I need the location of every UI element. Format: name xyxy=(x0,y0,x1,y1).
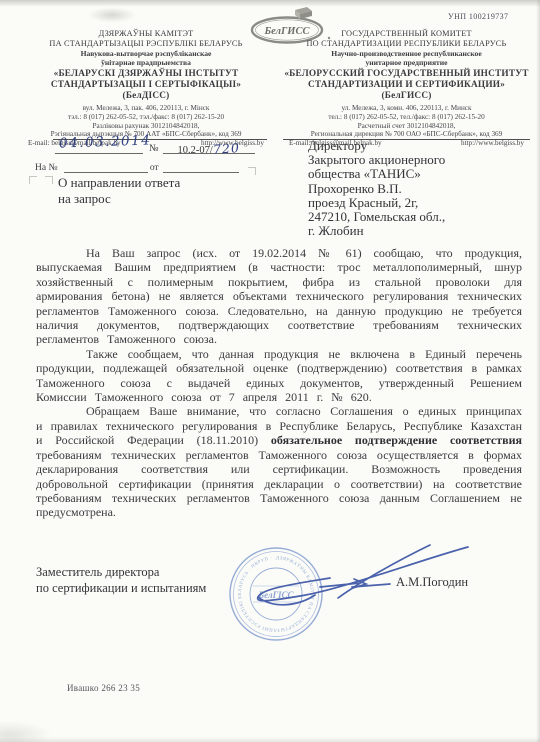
header-account: Расчетный счет 3012104842018, xyxy=(283,122,530,131)
header-right: ГОСУДАРСТВЕННЫЙ КОМИТЕТ ПО СТАНДАРТИЗАЦИ… xyxy=(283,29,530,148)
paragraph-bold-text: обязательное подтверждение соответствия xyxy=(271,433,522,447)
ref-incoming-row: На № от xyxy=(35,160,265,173)
header-line: ПА СТАНДАРТЫЗАЦЫІ РЭСПУБЛІКІ БЕЛАРУСЬ xyxy=(22,39,270,49)
signer-title: Заместитель директора по сертификации и … xyxy=(36,564,206,596)
header-line: ДЗЯРЖАЎНЫ КАМІТЭТ xyxy=(22,29,270,39)
incoming-number-slot xyxy=(64,160,148,173)
incoming-date-slot xyxy=(163,160,239,173)
na-no-label: На № xyxy=(35,163,58,173)
paragraph-text: требованиям технических регламентов Тамо… xyxy=(36,448,522,520)
addressee-line: 247210, Гомельская обл., xyxy=(308,210,445,224)
org-name: «БЕЛОРУССКИЙ ГОСУДАРСТВЕННЫЙ ИНСТИТУТ xyxy=(283,69,530,80)
header-line: Навукова-вытворчае рэспубліканскае xyxy=(22,49,270,58)
ref-date-row: 04.03.2014 №10.2-07/720 xyxy=(35,141,265,154)
corner-mark xyxy=(45,176,53,184)
addressee-line: Директору xyxy=(308,139,445,153)
website-text: http://www.belgiss.by xyxy=(461,139,524,148)
addressee-line: Закрытого акционерного xyxy=(308,153,445,167)
addressee-line: общества «ТАНИС» xyxy=(308,167,445,181)
body-paragraph-1: На Ваш запрос (исх. от 19.02.2014 № 61) … xyxy=(36,246,522,347)
header-address: ул. Мележа, 3, комн. 406, 220113, г. Мин… xyxy=(283,104,530,113)
scanned-letter-page: УНП 100219737 БелГИСС ДЗЯРЖАЎНЫ КАМІТЭТ … xyxy=(0,0,540,742)
header-phone: тэл.: 8 (017) 262-05-52, тэл./факс: 8 (0… xyxy=(22,113,270,122)
org-abbr: (БелГИСС) xyxy=(283,91,530,102)
org-name: СТАНДАРТЫЗАЦЫІ І СЕРТЫФІКАЦЫІ» xyxy=(22,80,270,91)
stamp-and-signature: ДЗЯРЖАЎНЫ КАМІТЭТ ПА СТАНДАРТЫЗАЦЫІ РЭСП… xyxy=(220,535,490,705)
header-line: Научно-производственное республиканское xyxy=(283,49,530,58)
header-account: Разліковы рахунак 3012104842018, xyxy=(22,122,270,131)
letter-body: На Ваш запрос (исх. от 19.02.2014 № 61) … xyxy=(36,246,522,520)
org-name: СТАНДАРТИЗАЦИИ И СЕРТИФИКАЦИИ» xyxy=(283,80,530,91)
header-left: ДЗЯРЖАЎНЫ КАМІТЭТ ПА СТАНДАРТЫЗАЦЫІ РЭСП… xyxy=(22,29,270,148)
body-paragraph-3: Обращаем Ваше внимание, что согласно Сог… xyxy=(36,404,522,519)
addressee-line: Прохоренко В.П. xyxy=(308,182,445,196)
unp-number: УНП 100219737 xyxy=(448,12,508,21)
date-slot: 04.03.2014 xyxy=(55,141,143,154)
header-phone: тел.: 8 (017) 262-05-52, тел./факс: 8 (0… xyxy=(283,113,530,122)
addressee-line: проезд Красный, 2г, xyxy=(308,196,445,210)
header-line: унитарное предприятие xyxy=(283,58,530,67)
subject: О направлении ответа на запрос xyxy=(58,175,180,206)
header-address: вул. Мележа, 3, пак. 406, 220113, г. Мін… xyxy=(22,104,270,113)
subject-line: на запрос xyxy=(58,191,180,207)
header-line: ўнітарнае прадпрыемства xyxy=(22,58,270,67)
org-abbr: (БелДІСС) xyxy=(22,91,270,102)
ref-number-handwritten: 720 xyxy=(212,140,240,157)
header-line: ГОСУДАРСТВЕННЫЙ КОМИТЕТ xyxy=(283,29,530,39)
ot-label: от xyxy=(150,163,159,173)
ref-number-slot: 10.2-07/720 xyxy=(163,141,255,154)
corner-mark xyxy=(248,167,256,175)
signer-title-line: по сертификации и испытаниям xyxy=(36,580,206,596)
corner-mark xyxy=(29,176,37,184)
header-line: ПО СТАНДАРТИЗАЦИИ РЕСПУБЛИКИ БЕЛАРУСЬ xyxy=(283,39,530,49)
addressee-block: Директору Закрытого акционерного обществ… xyxy=(308,139,445,238)
org-name: «БЕЛАРУСКІ ДЗЯРЖАЎНЫ ІНСТЫТУТ xyxy=(22,69,270,80)
body-paragraph-2: Также сообщаем, что данная продукция не … xyxy=(36,347,522,405)
addressee-line: г. Жлобин xyxy=(308,224,445,238)
signer-title-line: Заместитель директора xyxy=(36,564,206,580)
ref-number-printed: 10.2-07/ xyxy=(177,145,212,156)
footer-contact: Ивашко 266 23 35 xyxy=(67,683,140,693)
subject-line: О направлении ответа xyxy=(58,175,180,191)
date-handwritten: 04.03.2014 xyxy=(59,132,152,151)
